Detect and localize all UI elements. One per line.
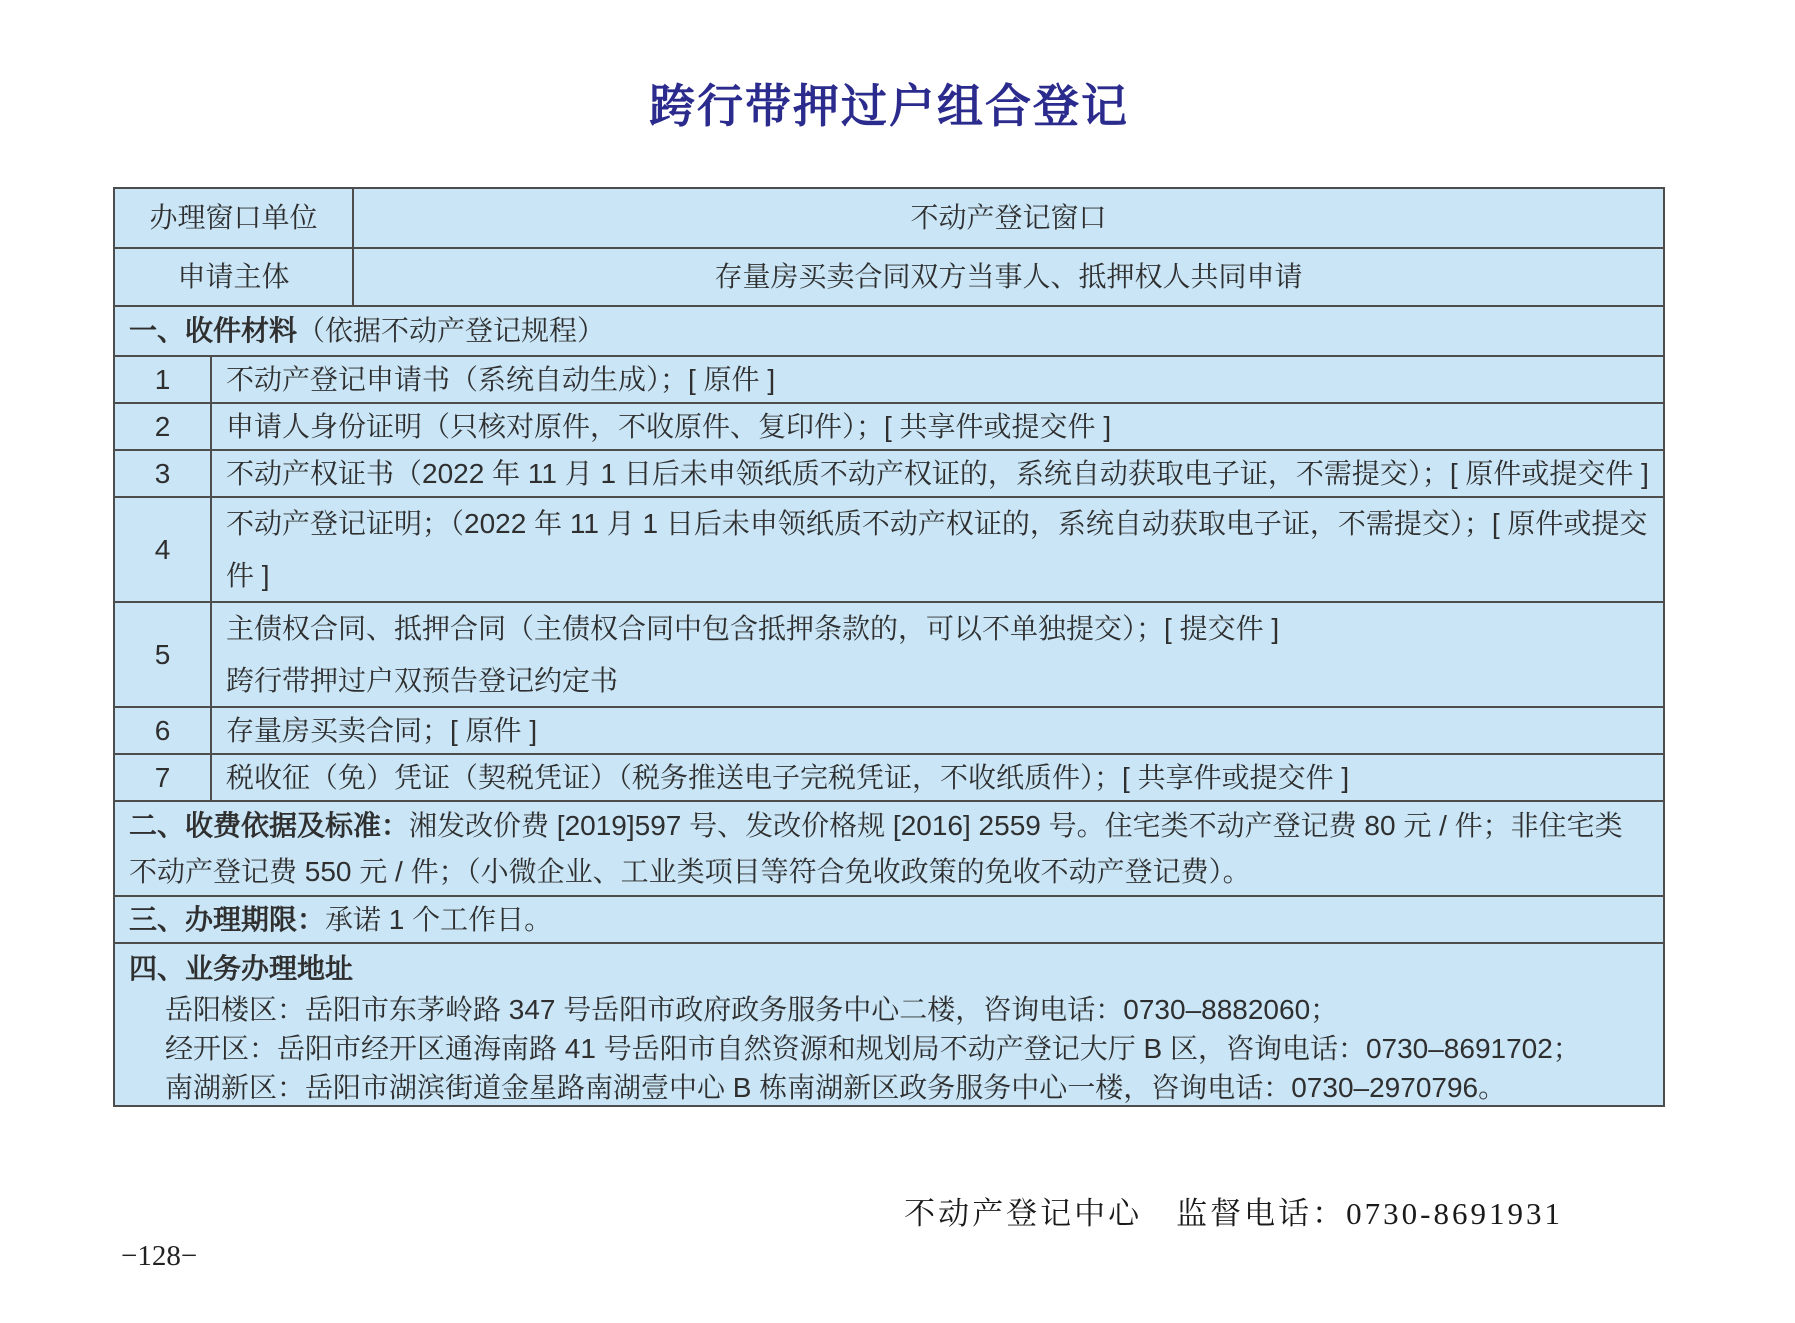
material-item-row: 3 不动产权证书（2022 年 11 月 1 日后未申领纸质不动产权证的，系统自…: [115, 449, 1663, 496]
material-item-row: 6 存量房买卖合同；[ 原件 ]: [115, 706, 1663, 753]
item-content: 不动产登记证明；（2022 年 11 月 1 日后未申领纸质不动产权证的，系统自…: [212, 498, 1663, 601]
section3-body: 承诺 1 个工作日。: [325, 904, 552, 935]
address-section: 四、业务办理地址 岳阳楼区：岳阳市东茅岭路 347 号岳阳市政府政务服务中心二楼…: [129, 948, 1649, 1107]
row-value: 存量房买卖合同双方当事人、抵押权人共同申请: [354, 249, 1663, 305]
item-text: 存量房买卖合同；[ 原件 ]: [226, 705, 1649, 757]
row-label: 申请主体: [115, 249, 354, 305]
fee-section-text: 二、收费依据及标准：湘发改价费 [2019]597 号、发改价格规 [2016]…: [129, 803, 1649, 895]
item-content: 申请人身份证明（只核对原件，不收原件、复印件）；[ 共享件或提交件 ]: [212, 404, 1663, 449]
section1-heading-rest: （依据不动产登记规程）: [297, 315, 605, 346]
document-title: 跨行带押过户组合登记: [113, 70, 1665, 136]
page-number: −128−: [121, 1240, 197, 1273]
info-row-window-unit: 办理窗口单位 不动产登记窗口: [115, 189, 1663, 247]
section1-heading-row: 一、收件材料（依据不动产登记规程）: [115, 305, 1663, 355]
section1-heading-bold: 一、收件材料: [129, 315, 297, 346]
item-number: 2: [115, 404, 212, 449]
item-text: 申请人身份证明（只核对原件，不收原件、复印件）；[ 共享件或提交件 ]: [226, 401, 1649, 453]
material-item-row: 4 不动产登记证明；（2022 年 11 月 1 日后未申领纸质不动产权证的，系…: [115, 496, 1663, 601]
item-content: 不动产权证书（2022 年 11 月 1 日后未申领纸质不动产权证的，系统自动获…: [212, 451, 1663, 496]
document-page: 跨行带押过户组合登记 办理窗口单位 不动产登记窗口 申请主体 存量房买卖合同双方…: [0, 0, 1795, 1323]
address-line: 南湖新区：岳阳市湖滨街道金星路南湖壹中心 B 栋南湖新区政务服务中心一楼，咨询电…: [129, 1068, 1649, 1107]
item-text: 不动产权证书（2022 年 11 月 1 日后未申领纸质不动产权证的，系统自动获…: [226, 448, 1649, 500]
item-text-line2: 跨行带押过户双预告登记约定书: [226, 655, 1649, 707]
section1-heading: 一、收件材料（依据不动产登记规程）: [129, 311, 605, 350]
section4-heading-bold: 四、业务办理地址: [129, 948, 1649, 990]
section3-heading-bold: 三、办理期限：: [129, 904, 325, 935]
address-line: 经开区：岳阳市经开区通海南路 41 号岳阳市自然资源和规划局不动产登记大厅 B …: [129, 1029, 1649, 1068]
material-item-row: 7 税收征（免）凭证（契税凭证）（税务推送电子完税凭证，不收纸质件）；[ 共享件…: [115, 753, 1663, 800]
item-content: 主债权合同、抵押合同（主债权合同中包含抵押条款的，可以不单独提交）；[ 提交件 …: [212, 603, 1663, 706]
deadline-section-row: 三、办理期限：承诺 1 个工作日。: [115, 895, 1663, 942]
item-number: 1: [115, 357, 212, 402]
item-number: 7: [115, 755, 212, 800]
address-section-row: 四、业务办理地址 岳阳楼区：岳阳市东茅岭路 347 号岳阳市政府政务服务中心二楼…: [115, 942, 1663, 1105]
item-content: 不动产登记申请书（系统自动生成）；[ 原件 ]: [212, 357, 1663, 402]
registration-table: 办理窗口单位 不动产登记窗口 申请主体 存量房买卖合同双方当事人、抵押权人共同申…: [113, 187, 1665, 1107]
material-item-row: 2 申请人身份证明（只核对原件，不收原件、复印件）；[ 共享件或提交件 ]: [115, 402, 1663, 449]
section2-heading-bold: 二、收费依据及标准：: [129, 810, 409, 841]
row-label: 办理窗口单位: [115, 189, 354, 247]
item-content: 存量房买卖合同；[ 原件 ]: [212, 708, 1663, 753]
item-text-line1: 主债权合同、抵押合同（主债权合同中包含抵押条款的，可以不单独提交）；[ 提交件 …: [226, 603, 1649, 655]
deadline-section-text: 三、办理期限：承诺 1 个工作日。: [129, 900, 552, 939]
item-number: 5: [115, 603, 212, 706]
row-value: 不动产登记窗口: [354, 189, 1663, 247]
item-number: 6: [115, 708, 212, 753]
item-content: 税收征（免）凭证（契税凭证）（税务推送电子完税凭证，不收纸质件）；[ 共享件或提…: [212, 755, 1663, 800]
address-line: 岳阳楼区：岳阳市东茅岭路 347 号岳阳市政府政务服务中心二楼，咨询电话：073…: [129, 990, 1649, 1029]
fee-section-row: 二、收费依据及标准：湘发改价费 [2019]597 号、发改价格规 [2016]…: [115, 800, 1663, 895]
item-text: 不动产登记证明；（2022 年 11 月 1 日后未申领纸质不动产权证的，系统自…: [226, 498, 1649, 602]
material-item-row: 1 不动产登记申请书（系统自动生成）；[ 原件 ]: [115, 355, 1663, 402]
item-number: 3: [115, 451, 212, 496]
item-text: 税收征（免）凭证（契税凭证）（税务推送电子完税凭证，不收纸质件）；[ 共享件或提…: [226, 752, 1649, 804]
item-text: 不动产登记申请书（系统自动生成）；[ 原件 ]: [226, 354, 1649, 406]
footer-contact: 不动产登记中心 监督电话：0730-8691931: [113, 1188, 1665, 1233]
material-item-row: 5 主债权合同、抵押合同（主债权合同中包含抵押条款的，可以不单独提交）；[ 提交…: [115, 601, 1663, 706]
info-row-applicant: 申请主体 存量房买卖合同双方当事人、抵押权人共同申请: [115, 247, 1663, 305]
item-number: 4: [115, 498, 212, 601]
